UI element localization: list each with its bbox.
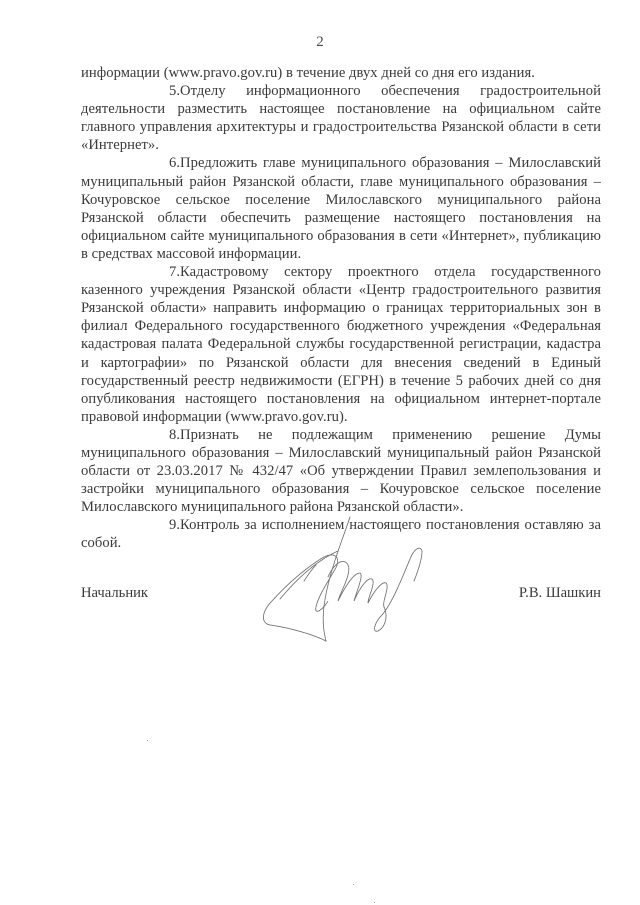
scan-speck	[353, 884, 354, 885]
item-number: 8.	[125, 426, 180, 444]
document-body: информации (www.pravo.gov.ru) в течение …	[81, 64, 601, 553]
signatory-title: Начальник	[81, 585, 148, 602]
handwritten-signature-icon	[250, 515, 425, 655]
item-number: 5.	[125, 82, 180, 100]
scan-speck	[374, 902, 375, 903]
paragraph-item-8: 8.Признать не подлежащим применению реше…	[81, 426, 601, 516]
paragraph-item-5: 5.Отделу информационного обеспечения гра…	[81, 82, 601, 154]
item-number: 6.	[125, 154, 180, 172]
item-number: 7.	[125, 263, 180, 281]
scan-speck	[147, 740, 148, 741]
page-number: 2	[0, 34, 640, 51]
paragraph-item-7: 7.Кадастровому сектору проектного отдела…	[81, 263, 601, 426]
paragraph-text: информации (www.pravo.gov.ru) в течение …	[81, 65, 535, 81]
item-number: 9.	[125, 516, 180, 534]
signatory-name: Р.В. Шашкин	[519, 585, 601, 602]
paragraph-item-6: 6.Предложить главе муниципального образо…	[81, 154, 601, 263]
paragraph-continuation: информации (www.pravo.gov.ru) в течение …	[81, 64, 601, 82]
paragraph-text: Кадастровому сектору проектного отдела г…	[81, 264, 601, 425]
